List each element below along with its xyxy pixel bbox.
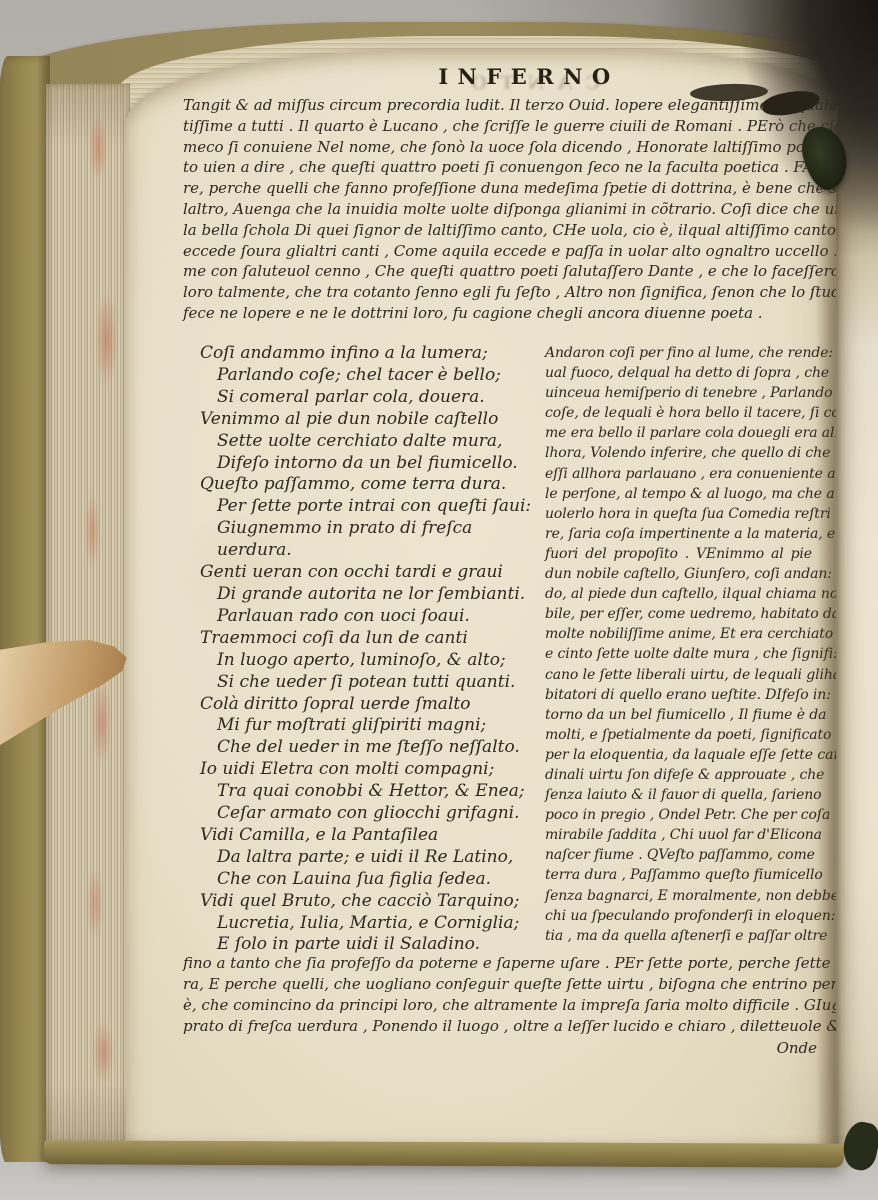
verse-line: Di grande autorita ne lor ſembianti. xyxy=(200,584,540,606)
commentary-line: molti, e ſpetialmente da poeti, ſignific… xyxy=(545,725,812,745)
commentary-line: Andaron coſi per fino al lume, che rende… xyxy=(545,343,812,363)
commentary-line: do, al piede dun caſtello, ilqual chiama… xyxy=(545,584,812,604)
commentary-line: re, ſaria coſa impertinente a la materia… xyxy=(545,524,812,544)
commentary-line: terra dura , Paſſammo queſto fiumicello xyxy=(545,865,812,885)
page-stack-fore-edge xyxy=(46,84,130,1149)
verse-line: Genti ueran con occhi tardi e graui xyxy=(200,562,540,584)
commentary-line: uolerlo hora in queſta ſua Comedia reſtr… xyxy=(545,504,812,524)
intro-line: fece ne lopere e ne le dottrini loro, fu… xyxy=(183,303,817,324)
footer-line: è, che comincino da principi loro, che a… xyxy=(183,995,817,1016)
commentary-line: naſcer fiume . QVeſto paſſammo, come xyxy=(545,845,812,865)
commentary-line: mirabile ſaddita , Chi uuol far d'Elicon… xyxy=(545,825,812,845)
verse-line: Tra quai conobbi & Hettor, & Enea; xyxy=(200,781,540,803)
intro-line: eccede ſoura glialtri canti , Come aquil… xyxy=(183,241,817,262)
verse-line: In luogo aperto, luminoſo, & alto; xyxy=(200,650,540,672)
intro-line: loro talmente, che tra cotanto ſenno egl… xyxy=(183,282,817,303)
book-cover-left xyxy=(0,56,50,1178)
verse-line: Giugnemmo in prato di freſca uerdura. xyxy=(200,518,540,562)
verse-line: Lucretia, Iulia, Martia, e Corniglia; xyxy=(200,913,540,935)
catchword: Onde xyxy=(183,1039,845,1057)
red-speckled-edges xyxy=(46,84,130,1149)
verse-line: Sette uolte cerchiato dalte mura, xyxy=(200,431,540,453)
commentary-line: le perſone, al tempo & al luogo, ma che … xyxy=(545,484,812,504)
intro-line: meco ſi conuiene Nel nome, che ſonò la u… xyxy=(183,137,817,158)
commentary-line: ſenza laiuto & il fauor di quella, ſarie… xyxy=(545,785,812,805)
commentary-line: tia , ma da quella aſtenerſi e paſſar ol… xyxy=(545,926,812,946)
verse-line: Venimmo al pie dun nobile caſtello xyxy=(200,409,540,431)
verse-line: Vidi quel Bruto, che cacciò Tarquino; xyxy=(200,891,540,913)
commentary-line: cano le ſette liberali uirtu, de lequali… xyxy=(545,665,812,685)
verse-line: Si comeral parlar cola, douera. xyxy=(200,387,540,409)
footer-commentary-block: fino a tanto che ſia profeſſo da poterne… xyxy=(183,953,817,1037)
footer-line: ra, E perche quelli, che uogliano conſeg… xyxy=(183,974,817,995)
footer-line: fino a tanto che ſia profeſſo da poterne… xyxy=(183,953,817,974)
commentary-line: bile, per eſſer, come uedremo, habitato … xyxy=(545,604,812,624)
verse-line: Si che ueder ſi potean tutti quanti. xyxy=(200,672,540,694)
intro-line: laltro, Auenga che la inuidia molte uolt… xyxy=(183,199,817,220)
verse-line: Queſto paſſammo, come terra dura. xyxy=(200,474,540,496)
verse-line: Parlauan rado con uoci ſoaui. xyxy=(200,606,540,628)
verse-line: Traemmoci coſi da lun de canti xyxy=(200,628,540,650)
book-page: CANTO INFERNO Tangit & ad miſſus circum … xyxy=(126,50,838,1164)
verse-line: Che con Lauina ſua figlia ſedea. xyxy=(200,869,540,891)
intro-line: to uien a dire , che queſti quattro poet… xyxy=(183,157,817,178)
verse-line: Parlando coſe; chel tacer è bello; xyxy=(200,365,540,387)
commentary-line: chi ua ſpeculando profonderſi in eloquen… xyxy=(545,906,812,926)
commentary-line: molte nobiliſſime anime, Et era cerchiat… xyxy=(545,624,812,644)
verse-line: Mi fur moſtrati gliſpiriti magni; xyxy=(200,715,540,737)
commentary-line: coſe, de lequali è hora bello il tacere,… xyxy=(545,403,812,423)
verse-line: Da laltra parte; e uidi il Re Latino, xyxy=(200,847,540,869)
table-surface xyxy=(0,1162,878,1200)
verse-column: Coſi andammo infino a la lumera;Parlando… xyxy=(200,343,540,956)
commentary-line: uinceua hemiſperio di tenebre , Parlando xyxy=(545,383,812,403)
intro-line: la bella ſchola Di quei ſignor de laltiſ… xyxy=(183,220,817,241)
verse-line: Difeſo intorno da un bel fiumicello. xyxy=(200,453,540,475)
commentary-line: me era bello il parlare cola douegli era… xyxy=(545,423,812,443)
verse-line: Che del ueder in me ſteſſo neſſalto. xyxy=(200,737,540,759)
commentary-line: torno da un bel fiumicello , Il fiume è … xyxy=(545,705,812,725)
commentary-line: bitatori di quello erano ueſtite. DIfeſo… xyxy=(545,685,812,705)
verse-line: Coſi andammo infino a la lumera; xyxy=(200,343,540,365)
commentary-line: fuori del propoſito . VEnimmo al pie xyxy=(545,544,812,564)
commentary-line: per la eloquentia, da laquale eſſe ſette… xyxy=(545,745,812,765)
book-bottom-cover-edge xyxy=(44,1140,844,1167)
commentary-line: ſenza bagnarci, E moralmente, non debbe xyxy=(545,886,812,906)
verse-line: Io uidi Eletra con molti compagni; xyxy=(200,759,540,781)
commentary-line: eſſi allhora parlauano , era conueniente… xyxy=(545,464,812,484)
verse-line: Ceſar armato con gliocchi grifagni. xyxy=(200,803,540,825)
intro-line: re, perche quelli che fanno profeſſione … xyxy=(183,178,817,199)
commentary-line: dinali uirtu ſon difeſe & approuate , ch… xyxy=(545,765,812,785)
commentary-line: e cinto ſette uolte dalte mura , che ſig… xyxy=(545,644,812,664)
verse-line: Per ſette porte intrai con queſti ſaui: xyxy=(200,496,540,518)
commentary-column: Andaron coſi per fino al lume, che rende… xyxy=(545,343,812,946)
photo-of-book: { "colors":{ "backdrop":"#b6b3ae","backd… xyxy=(0,0,878,1200)
intro-line: me con ſaluteuol cenno , Che queſti quat… xyxy=(183,261,817,282)
commentary-line: ual fuoco, delqual ha detto di ſopra , c… xyxy=(545,363,812,383)
commentary-line: lhora, Volendo inferire, che quello di c… xyxy=(545,443,812,463)
footer-line: prato di freſca uerdura , Ponendo il luo… xyxy=(183,1016,817,1037)
intro-commentary-block: Tangit & ad miſſus circum precordia ludi… xyxy=(183,95,817,324)
commentary-line: dun nobile caſtello, Giunſero, coſi anda… xyxy=(545,564,812,584)
verse-line: Vidi Camilla, e la Pantaſilea xyxy=(200,825,540,847)
facing-page-edge xyxy=(836,34,878,1154)
commentary-line: poco in pregio , Ondel Petr. Che per coſ… xyxy=(545,805,812,825)
verse-line: Colà diritto ſopral uerde ſmalto xyxy=(200,694,540,716)
intro-line: tiſſime a tutti . Il quarto è Lucano , c… xyxy=(183,116,817,137)
